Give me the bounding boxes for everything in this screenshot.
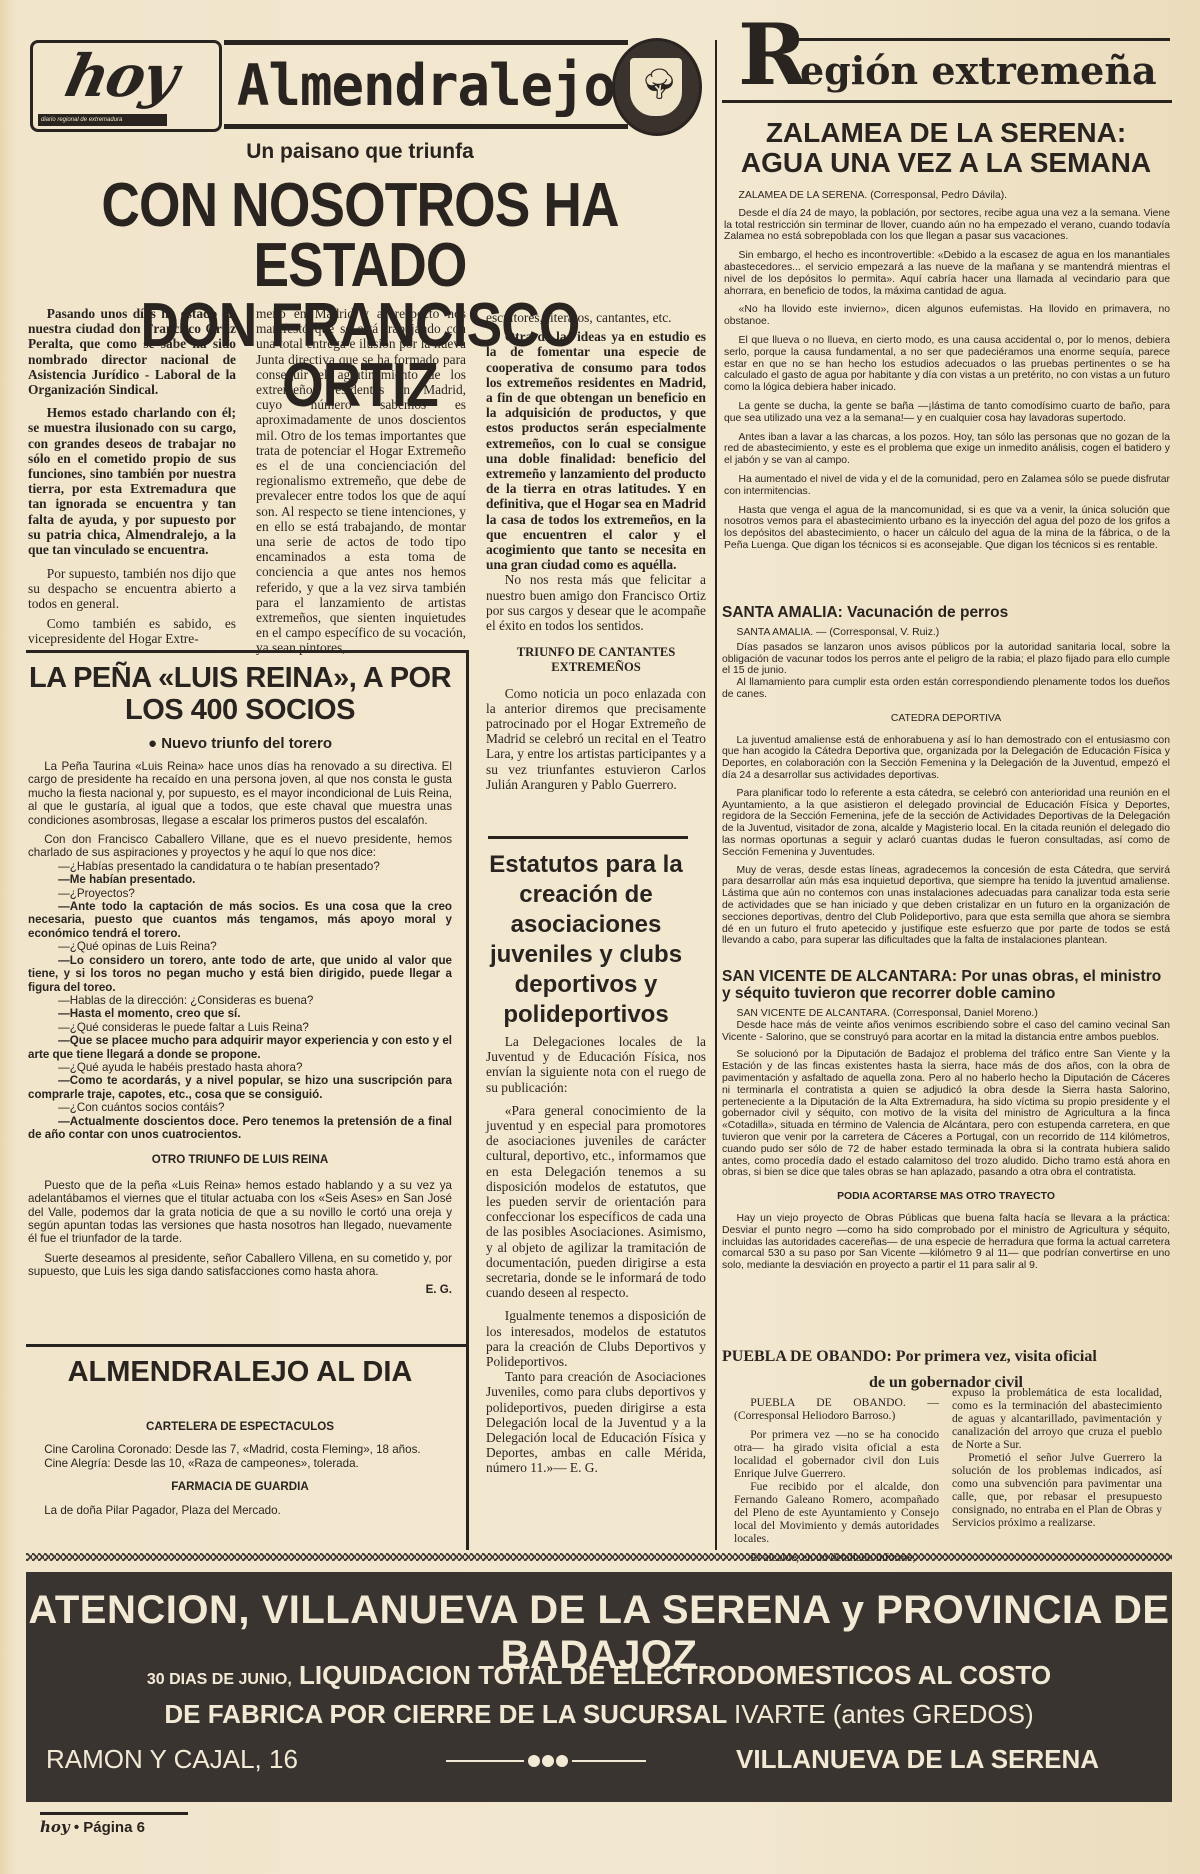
paragraph: Al llamamiento para cumplir esta orden e… xyxy=(722,677,1170,701)
paragraph: meño en Madrid y al respecto nos manifes… xyxy=(256,306,466,656)
paragraph: —¿Con cuántos socios contáis? xyxy=(28,1101,452,1114)
ornament-dots-icon xyxy=(446,1746,646,1776)
zalamea-paragraphs: Desde el día 24 de mayo, la población, p… xyxy=(724,208,1170,552)
puebla-col-1: PUEBLA DE OBANDO. — (Corresponsal Heliod… xyxy=(734,1396,939,1564)
ad-address: RAMON Y CAJAL, 16 xyxy=(46,1744,298,1775)
paragraph: —Que se placee mucho para adquirir mayor… xyxy=(28,1034,452,1061)
ad-date: 30 DIAS DE JUNIO, xyxy=(147,1671,292,1688)
ad-body: 30 DIAS DE JUNIO, LIQUIDACION TOTAL DE E… xyxy=(26,1658,1172,1731)
paragraph: Pasando unos días ha estado en nuestra c… xyxy=(28,306,236,397)
santa-amalia-title: SANTA AMALIA: Vacunación de perros xyxy=(722,604,1170,621)
section-rule-bottom xyxy=(224,124,628,129)
paragraph: —Me habían presentado. xyxy=(28,873,452,886)
region-rule-bottom xyxy=(722,100,1172,103)
column-divider xyxy=(715,40,717,1550)
puebla-title-line-1: PUEBLA DE OBANDO: Por primera vez, visit… xyxy=(722,1348,1170,1366)
paragraph: Suerte deseamos al presidente, señor Cab… xyxy=(28,1252,452,1279)
byline: PUEBLA DE OBANDO. — (Corresponsal Heliod… xyxy=(734,1396,939,1422)
cartelera-heading: CARTELERA DE ESPECTACULOS xyxy=(28,1420,452,1433)
main-article-col-2: meño en Madrid y al respecto nos manifes… xyxy=(256,306,466,656)
paragraph: «No ha llovido este invierno», dicen alg… xyxy=(724,304,1170,328)
farmacia-heading: FARMACIA DE GUARDIA xyxy=(28,1480,452,1493)
listing: Cine Alegría: Desde las 10, «Raza de cam… xyxy=(28,1457,452,1470)
column-divider xyxy=(466,650,469,1550)
paragraph: —Hablas de la dirección: ¿Consideras es … xyxy=(28,994,452,1007)
paragraph: Antes iban a lavar a las charcas, a los … xyxy=(724,432,1170,467)
paragraph: Ha aumentado el nivel de vida y el de la… xyxy=(724,474,1170,498)
ad-brand: IVARTE (antes GREDOS) xyxy=(734,1699,1034,1729)
subhead: PODIA ACORTARSE MAS OTRO TRAYECTO xyxy=(722,1191,1170,1203)
subtitle-text: Nuevo triunfo del torero xyxy=(161,735,332,752)
paragraph: No nos resta más que felicitar a nuestro… xyxy=(486,572,706,633)
paragraph: —Lo considero un torero, ante todo de ar… xyxy=(28,954,452,994)
paragraph: —¿Habías presentado la candidatura o te … xyxy=(28,860,452,873)
paragraph: La Peña Taurina «Luis Reina» hace unos d… xyxy=(28,760,452,827)
zalamea-title: ZALAMEA DE LA SERENA: AGUA UNA VEZ A LA … xyxy=(722,118,1170,178)
paragraph: Desde el día 24 de mayo, la población, p… xyxy=(724,208,1170,243)
paragraph: Se solucionó por la Diputación de Badajo… xyxy=(722,1049,1170,1179)
paragraph: —¿Qué opinas de Luis Reina? xyxy=(28,940,452,953)
farmacia-text: La de doña Pilar Pagador, Plaza del Merc… xyxy=(28,1504,452,1517)
paragraph: Fue recibido por el alcalde, don Fernand… xyxy=(734,1480,939,1545)
tree-icon: 🌳︎ xyxy=(640,64,668,106)
paragraph: Hasta que venga el agua de la mancomunid… xyxy=(724,505,1170,552)
estatutos-body: La Delegaciones locales de la Juventud y… xyxy=(486,1034,706,1476)
pena-article-body: La Peña Taurina «Luis Reina» hace unos d… xyxy=(28,760,452,1296)
paragraph: —Actualmente doscientos doce. Pero tenem… xyxy=(28,1115,452,1142)
paragraph: Hemos estado charlando con él; se muestr… xyxy=(28,405,236,557)
paragraph: —Como te acordarás, y a nivel popular, s… xyxy=(28,1074,452,1101)
ad-offer-line-1: LIQUIDACION TOTAL DE ELECTRODOMESTICOS A… xyxy=(299,1660,1051,1690)
box-rule xyxy=(26,650,468,653)
signature: E. G. xyxy=(28,1283,452,1296)
paragraph: El que llueva o no llueva, en cierto mod… xyxy=(724,335,1170,394)
paragraph: Sin embargo, el hecho es incontrovertibl… xyxy=(724,250,1170,297)
region-rule-top xyxy=(798,38,1170,41)
paragraph: Tanto para creación de Asociaciones Juve… xyxy=(486,1369,706,1475)
main-article-col-1: Pasando unos días ha estado en nuestra c… xyxy=(28,306,236,557)
paragraph: Como noticia un poco enlazada con la ant… xyxy=(486,686,706,792)
paragraph: escultores, literatos, cantantes, etc. xyxy=(486,310,706,325)
paragraph: Igualmente tenemos a disposición de los … xyxy=(486,1308,706,1369)
byline: SANTA AMALIA. — (Corresponsal, V. Ruiz.) xyxy=(722,627,1170,639)
paragraph: La gente se ducha, la gente se baña —¡lá… xyxy=(724,401,1170,425)
paragraph: Prometió el señor Julve Guerrero la solu… xyxy=(952,1451,1162,1529)
paragraph: Como también es sabido, es vicepresident… xyxy=(28,616,236,646)
wavy-divider xyxy=(26,1553,1172,1561)
main-article-col-1-cont: Por supuesto, también nos dijo que su de… xyxy=(28,566,236,646)
paragraph: Días pasados se lanzaron unos avisos púb… xyxy=(722,642,1170,677)
hoy-logo: hoy xyxy=(30,46,213,106)
paragraph: —¿Qué consideras le puede faltar a Luis … xyxy=(28,1021,452,1034)
paragraph: Puesto que de la peña «Luis Reina» hemos… xyxy=(28,1179,452,1246)
san-vicente-article: SAN VICENTE DE ALCANTARA: Por unas obras… xyxy=(722,968,1170,1272)
paragraph: —¿Qué ayuda le habéis prestado hasta aho… xyxy=(28,1061,452,1074)
footer-rule xyxy=(40,1812,188,1815)
headline-line-1: CON NOSOTROS HA ESTADO xyxy=(59,176,661,296)
pena-article-title: LA PEÑA «LUIS REINA», A POR LOS 400 SOCI… xyxy=(20,662,460,726)
paragraph: «Para general conocimiento de la juventu… xyxy=(486,1103,706,1301)
santa-amalia-article: SANTA AMALIA: Vacunación de perros SANTA… xyxy=(722,604,1170,947)
region-initial: R xyxy=(738,10,808,100)
subhead: OTRO TRIUNFO DE LUIS REINA xyxy=(28,1153,452,1166)
zalamea-body: ZALAMEA DE LA SERENA. (Corresponsal, Ped… xyxy=(724,190,1170,552)
pena-article-subtitle: ● Nuevo triunfo del torero xyxy=(20,735,460,752)
paragraph: Para planificar todo lo referente a esta… xyxy=(722,788,1170,859)
paragraph: Por primera vez —no se ha conocido otra—… xyxy=(734,1428,939,1480)
advertisement-box: ATENCION, VILLANUEVA DE LA SERENA y PROV… xyxy=(26,1572,1172,1802)
paragraph: Desde hace más de veinte años venimos es… xyxy=(722,1020,1170,1044)
san-vicente-title: SAN VICENTE DE ALCANTARA: Por unas obras… xyxy=(722,968,1170,1002)
al-dia-body: CARTELERA DE ESPECTACULOS Cine Carolina … xyxy=(28,1420,452,1517)
paragraph: —¿Proyectos? xyxy=(28,887,452,900)
box-rule xyxy=(26,1344,468,1347)
subhead: TRIUNFO DE CANTANTES EXTREMEÑOS xyxy=(486,645,706,675)
region-title: egión extremeña xyxy=(800,46,1157,96)
bullet-icon: • xyxy=(74,1819,83,1836)
newspaper-page: hoy diario regional de extremadura Almen… xyxy=(0,0,1200,1874)
main-article-col-3: escultores, literatos, cantantes, etc. O… xyxy=(486,310,706,792)
byline: ZALAMEA DE LA SERENA. (Corresponsal, Ped… xyxy=(724,190,1170,202)
paragraph: Por supuesto, también nos dijo que su de… xyxy=(28,566,236,612)
paragraph: Otra de las ideas ya en estudio es la de… xyxy=(486,329,706,572)
logo-tagline: diario regional de extremadura xyxy=(38,114,167,126)
section-title: Almendralejo xyxy=(236,50,616,121)
page-footer: hoy • Página 6 xyxy=(40,1818,145,1836)
ad-offer-line-2: DE FABRICA POR CIERRE DE LA SUCURSAL xyxy=(164,1699,726,1729)
page-number: Página 6 xyxy=(83,1819,145,1836)
estatutos-title: Estatutos para la creación de asociacion… xyxy=(486,850,686,1030)
paragraph: La Delegaciones locales de la Juventud y… xyxy=(486,1034,706,1095)
footer-logo: hoy xyxy=(40,1818,70,1836)
paragraph: —Ante todo la captación de más socios. E… xyxy=(28,900,452,940)
subhead: CATEDRA DEPORTIVA xyxy=(722,713,1170,725)
paragraph: Muy de veras, desde estas líneas, agrade… xyxy=(722,865,1170,948)
ad-town: VILLANUEVA DE LA SERENA xyxy=(736,1744,1099,1775)
article-rule xyxy=(488,836,688,839)
paragraph: La juventud amaliense está de enhorabuen… xyxy=(722,735,1170,782)
puebla-col-2: expuso la problemática de esta localidad… xyxy=(952,1386,1162,1529)
paragraph: expuso la problemática de esta localidad… xyxy=(952,1386,1162,1451)
listing: Cine Carolina Coronado: Desde las 7, «Ma… xyxy=(28,1443,452,1456)
article-kicker: Un paisano que triunfa xyxy=(0,140,720,164)
byline: SAN VICENTE DE ALCANTARA. (Corresponsal,… xyxy=(722,1008,1170,1020)
paragraph: Con don Francisco Caballero Villane, que… xyxy=(28,833,452,860)
section-rule-top xyxy=(224,40,628,45)
paragraph: —Hasta el momento, creo que sí. xyxy=(28,1007,452,1020)
al-dia-title: ALMENDRALEJO AL DIA xyxy=(20,1356,460,1389)
paragraph: Hay un viejo proyecto de Obras Públicas … xyxy=(722,1213,1170,1272)
